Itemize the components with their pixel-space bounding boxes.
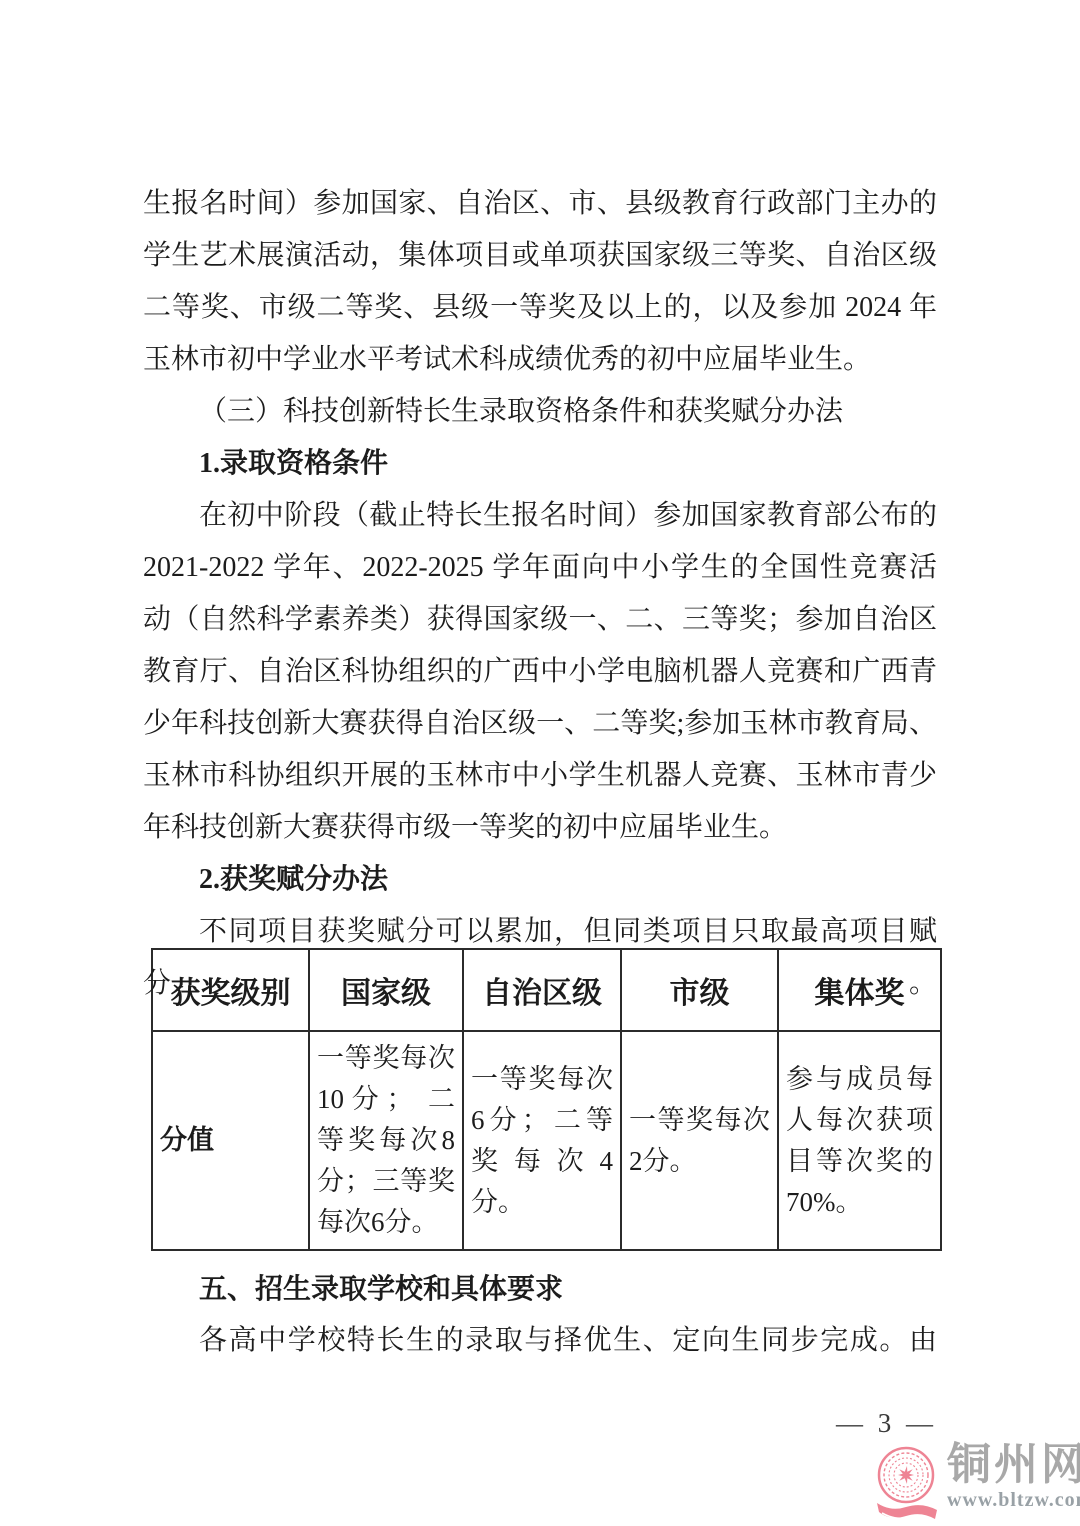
paragraph-line: 各高中学校特长生的录取与择优生、定向生同步完成。由 [143,1315,937,1367]
cell-national-points: 一等奖每次10分； 二等奖每次8分；三等奖每次6分。 [309,1031,463,1250]
paragraph-line: 2021-2022 学年、2022-2025 学年面向中小学生的全国性竞赛活 [143,542,937,594]
award-score-table: 获奖级别 国家级 自治区级 市级 集体奖 分值 一等奖每次10分； 二等奖每次8… [151,948,942,1251]
paragraph-line: 学生艺术展演活动，集体项目或单项获国家级三等奖、自治区级 [143,230,937,282]
page-number: — 3 — [836,1408,937,1439]
cell-collective-points: 参与成员每人每次获项目等次奖的70%。 [778,1031,941,1250]
watermark-text-block: 铜州网 www.bltzw.com [947,1441,1079,1512]
cell-autonomous-points: 一等奖每次6分；二等奖每次4分。 [463,1031,621,1250]
site-name: 铜州网 [947,1440,1080,1489]
paragraph-line: 玉林市初中学业水平考试术科成绩优秀的初中应届毕业生。 [143,334,937,386]
table-row: 分值 一等奖每次10分； 二等奖每次8分；三等奖每次6分。 一等奖每次6分；二等… [152,1031,941,1250]
paragraph-line: 不同项目获奖赋分可以累加，但同类项目只取最高项目赋分。 [143,906,937,958]
section3-heading: （三）科技创新特长生录取资格条件和获奖赋分办法 [143,386,937,438]
paragraph-line: 二等奖、市级二等奖、县级一等奖及以上的，以及参加 2024 年 [143,282,937,334]
subheading-2: 2.获奖赋分办法 [143,854,937,906]
paragraph-line: 生报名时间）参加国家、自治区、市、县级教育行政部门主办的 [143,178,937,230]
paragraph-line: 年科技创新大赛获得市级一等奖的初中应届毕业生。 [143,802,937,854]
cell-row-label: 分值 [152,1031,309,1250]
document-body: 生报名时间）参加国家、自治区、市、县级教育行政部门主办的 学生艺术展演活动，集体… [143,178,937,1367]
paragraph-line: 教育厅、自治区科协组织的广西中小学电脑机器人竞赛和广西青 [143,646,937,698]
site-url: www.bltzw.com [947,1489,1080,1511]
document-page: 生报名时间）参加国家、自治区、市、县级教育行政部门主办的 学生艺术展演活动，集体… [0,0,1080,1526]
paragraph-line: 少年科技创新大赛获得自治区级一、二等奖;参加玉林市教育局、 [143,698,937,750]
medallion-logo-icon [876,1441,938,1526]
paragraph-line: 玉林市科协组织开展的玉林市中小学生机器人竞赛、玉林市青少 [143,750,937,802]
site-watermark: 铜州网 www.bltzw.com [876,1441,1079,1526]
paragraph-line: 动（自然科学素养类）获得国家级一、二、三等奖；参加自治区 [143,594,937,646]
section5-heading: 五、招生录取学校和具体要求 [143,1263,937,1315]
paragraph-line: 在初中阶段（截止特长生报名时间）参加国家教育部公布的 [143,490,937,542]
cell-municipal-points: 一等奖每次2分。 [621,1031,778,1250]
subheading-1: 1.录取资格条件 [143,438,937,490]
